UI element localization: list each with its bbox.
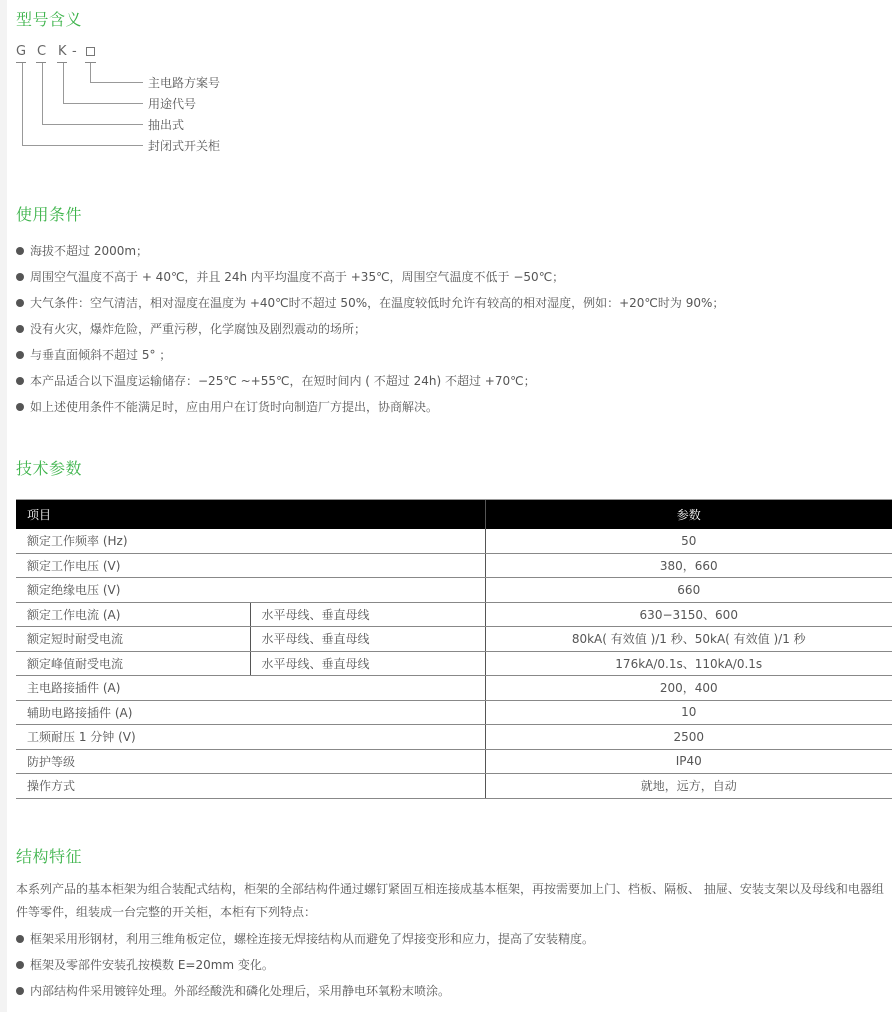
bullet-icon <box>16 377 24 385</box>
model-code-diagram: G C K - 主电路方案号 用途代号 抽出式 封闭式开关柜 <box>16 44 316 164</box>
connector-line <box>42 63 43 124</box>
table-row: 辅助电路接插件 (A) 10 <box>16 700 892 725</box>
code-letter-c: C <box>37 44 46 60</box>
cell-value: 10 <box>485 700 892 725</box>
cell-item: 额定工作电压 (V) <box>16 553 485 578</box>
table-row: 额定工作电流 (A) 水平母线、垂直母线 630−3150、600 <box>16 602 892 627</box>
list-item: 如上述使用条件不能满足时，应由用户在订货时向制造厂方提出，协商解决。 <box>16 394 724 420</box>
table-row: 防护等级 IP40 <box>16 749 892 774</box>
table-row: 额定短时耐受电流 水平母线、垂直母线 80kA( 有效值 )/1 秒、50kA(… <box>16 627 892 652</box>
label-enclosed-switchgear: 封闭式开关柜 <box>148 139 220 153</box>
table-row: 额定绝缘电压 (V) 660 <box>16 578 892 603</box>
section-title-tech-params: 技术参数 <box>16 459 82 479</box>
list-item: 框架及零部件安装孔按模数 E=20mm 变化。 <box>16 952 594 978</box>
tech-params-table: 项目 参数 额定工作频率 (Hz) 50 额定工作电压 (V) 380，660 … <box>16 499 892 799</box>
underline <box>36 62 46 63</box>
cell-value: IP40 <box>485 749 892 774</box>
list-item-text: 海拔不超过 2000m； <box>30 244 148 258</box>
section-title-model-meaning: 型号含义 <box>16 10 82 30</box>
label-main-circuit-scheme: 主电路方案号 <box>148 76 220 90</box>
table-header-row: 项目 参数 <box>16 500 892 530</box>
cell-item: 额定工作频率 (Hz) <box>16 529 485 553</box>
code-letter-k: K <box>58 44 67 60</box>
cell-value: 80kA( 有效值 )/1 秒、50kA( 有效值 )/1 秒 <box>485 627 892 652</box>
list-item: 没有火灾，爆炸危险，严重污秽，化学腐蚀及剧烈震动的场所； <box>16 316 724 342</box>
bullet-icon <box>16 325 24 333</box>
cell-value: 176kA/0.1s、110kA/0.1s <box>485 651 892 676</box>
table-row: 操作方式 就地，远方，自动 <box>16 774 892 799</box>
label-withdrawable: 抽出式 <box>148 118 184 132</box>
structure-features-list: 框架采用形钢材，利用三维角板定位，螺栓连接无焊接结构从而避免了焊接变形和应力，提… <box>16 926 594 1004</box>
connector-line <box>90 82 143 83</box>
list-item-text: 周围空气温度不高于 + 40℃，并且 24h 内平均温度不高于 +35℃，周围空… <box>30 270 564 284</box>
table-row: 额定峰值耐受电流 水平母线、垂直母线 176kA/0.1s、110kA/0.1s <box>16 651 892 676</box>
cell-item: 主电路接插件 (A) <box>16 676 485 701</box>
cell-value: 就地，远方，自动 <box>485 774 892 799</box>
list-item-text: 内部结构件采用镀锌处理。外部经酸洗和磷化处理后，采用静电环氧粉末喷涂。 <box>30 984 450 998</box>
list-item-text: 本产品适合以下温度运输储存：−25℃ ~+55℃，在短时间内 ( 不超过 24h… <box>30 374 536 388</box>
structure-intro-paragraph: 本系列产品的基本柜架为组合装配式结构，柜架的全部结构件通过螺钉紧固互相连接成基本… <box>16 878 888 924</box>
connector-line <box>22 145 143 146</box>
cell-item: 额定绝缘电压 (V) <box>16 578 485 603</box>
list-item: 海拔不超过 2000m； <box>16 238 724 264</box>
underline <box>57 62 67 63</box>
list-item: 本产品适合以下温度运输储存：−25℃ ~+55℃，在短时间内 ( 不超过 24h… <box>16 368 724 394</box>
list-item: 大气条件：空气清洁，相对湿度在温度为 +40℃时不超过 50%，在温度较低时允许… <box>16 290 724 316</box>
section-title-structure: 结构特征 <box>16 847 82 867</box>
cell-sub: 水平母线、垂直母线 <box>250 651 485 676</box>
table-row: 额定工作电压 (V) 380，660 <box>16 553 892 578</box>
left-gutter <box>0 0 7 1012</box>
list-item: 内部结构件采用镀锌处理。外部经酸洗和磷化处理后，采用静电环氧粉末喷涂。 <box>16 978 594 1004</box>
cell-sub: 水平母线、垂直母线 <box>250 627 485 652</box>
bullet-icon <box>16 403 24 411</box>
bullet-icon <box>16 247 24 255</box>
cell-item: 操作方式 <box>16 774 485 799</box>
section-title-usage-conditions: 使用条件 <box>16 205 82 225</box>
connector-line <box>42 124 143 125</box>
cell-value: 380，660 <box>485 553 892 578</box>
cell-value: 200，400 <box>485 676 892 701</box>
list-item: 周围空气温度不高于 + 40℃，并且 24h 内平均温度不高于 +35℃，周围空… <box>16 264 724 290</box>
cell-value: 660 <box>485 578 892 603</box>
header-value: 参数 <box>485 500 892 530</box>
usage-conditions-list: 海拔不超过 2000m； 周围空气温度不高于 + 40℃，并且 24h 内平均温… <box>16 238 724 420</box>
cell-value: 50 <box>485 529 892 553</box>
cell-item: 辅助电路接插件 (A) <box>16 700 485 725</box>
cell-item: 防护等级 <box>16 749 485 774</box>
header-item: 项目 <box>16 500 485 530</box>
connector-line <box>63 63 64 103</box>
cell-sub: 水平母线、垂直母线 <box>250 602 485 627</box>
cell-item: 工频耐压 1 分钟 (V) <box>16 725 485 750</box>
label-usage-code: 用途代号 <box>148 97 196 111</box>
list-item: 框架采用形钢材，利用三维角板定位，螺栓连接无焊接结构从而避免了焊接变形和应力，提… <box>16 926 594 952</box>
cell-item: 额定峰值耐受电流 <box>16 651 250 676</box>
list-item-text: 如上述使用条件不能满足时，应由用户在订货时向制造厂方提出，协商解决。 <box>30 400 438 414</box>
bullet-icon <box>16 961 24 969</box>
placeholder-box-icon <box>86 47 95 56</box>
connector-line <box>90 63 91 82</box>
bullet-icon <box>16 987 24 995</box>
cell-item: 额定短时耐受电流 <box>16 627 250 652</box>
cell-value: 2500 <box>485 725 892 750</box>
code-dash: - <box>72 44 77 60</box>
connector-line <box>22 63 23 145</box>
underline <box>16 62 26 63</box>
bullet-icon <box>16 299 24 307</box>
list-item-text: 与垂直面倾斜不超过 5° ； <box>30 348 171 362</box>
bullet-icon <box>16 935 24 943</box>
table-row: 额定工作频率 (Hz) 50 <box>16 529 892 553</box>
bullet-icon <box>16 351 24 359</box>
table-row: 工频耐压 1 分钟 (V) 2500 <box>16 725 892 750</box>
list-item-text: 大气条件：空气清洁，相对湿度在温度为 +40℃时不超过 50%，在温度较低时允许… <box>30 296 724 310</box>
list-item-text: 框架采用形钢材，利用三维角板定位，螺栓连接无焊接结构从而避免了焊接变形和应力，提… <box>30 932 594 946</box>
list-item: 与垂直面倾斜不超过 5° ； <box>16 342 724 368</box>
connector-line <box>63 103 143 104</box>
list-item-text: 没有火灾，爆炸危险，严重污秽，化学腐蚀及剧烈震动的场所； <box>30 322 366 336</box>
code-letter-g: G <box>16 44 26 60</box>
bullet-icon <box>16 273 24 281</box>
table-row: 主电路接插件 (A) 200，400 <box>16 676 892 701</box>
cell-value: 630−3150、600 <box>485 602 892 627</box>
cell-item: 额定工作电流 (A) <box>16 602 250 627</box>
list-item-text: 框架及零部件安装孔按模数 E=20mm 变化。 <box>30 958 274 972</box>
